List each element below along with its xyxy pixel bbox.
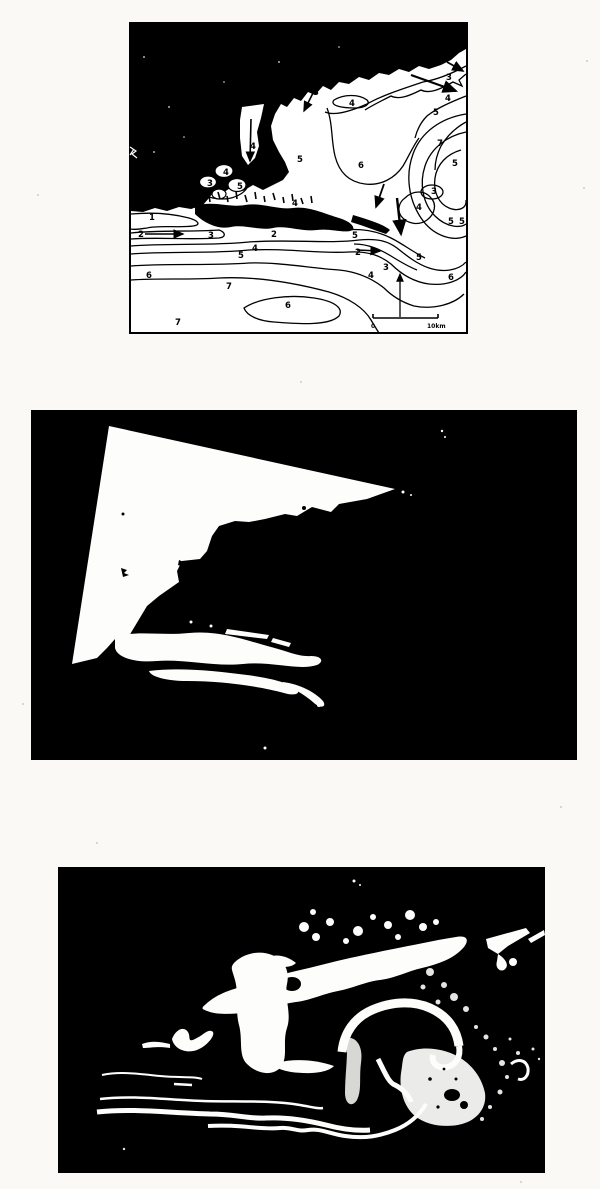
contour-number-label: 6 (146, 271, 152, 281)
contour-number-label: 4 (223, 168, 229, 178)
contour-number-label: 3 (207, 179, 213, 189)
contour-number-label: 3 (313, 88, 319, 98)
contour-number-label: 2 (355, 248, 361, 258)
contour-number-label: 4 (252, 244, 258, 254)
contour-number-label: 5 (237, 182, 243, 192)
contour-number-label: 6 (358, 161, 364, 171)
contour-number-label: 6 (285, 301, 291, 311)
scale-end-label: 10km (427, 323, 446, 330)
contour-number-label: 4 (416, 203, 422, 213)
satellite-swath-canvas (31, 410, 577, 760)
contour-number-label: 3 (383, 263, 389, 273)
contour-number-label: 5 (238, 251, 244, 261)
contour-number-label: 6 (448, 273, 454, 283)
contour-number-label: 2 (271, 230, 277, 240)
scan-speck (583, 187, 585, 189)
contour-number-label: 5 (452, 159, 458, 169)
contour-number-label: 7 (175, 318, 181, 328)
scan-speck (586, 60, 588, 62)
scale-start-label: 0 (371, 323, 375, 330)
scan-speck (37, 194, 39, 196)
contour-number-label: 5 (459, 217, 465, 227)
scan-speck (520, 1181, 522, 1183)
contour-number-label: 7 (437, 139, 443, 149)
contour-number-label: 3 (446, 73, 452, 83)
figure-contour-map: 0 10km 343457545643541232545253467667345… (129, 22, 468, 334)
contour-number-label: 5 (448, 217, 454, 227)
contour-number-label: 5 (297, 155, 303, 165)
contour-number-label: 5 (352, 231, 358, 241)
scan-speck (22, 703, 24, 705)
scan-speck (300, 381, 302, 383)
contour-number-label: 4 (292, 199, 298, 209)
contour-number-label: 4 (349, 99, 355, 109)
contour-number-label: 7 (226, 282, 232, 292)
image-background (58, 867, 545, 1173)
contour-number-label: 4 (368, 271, 374, 281)
satellite-eddy-canvas (58, 867, 545, 1173)
contour-number-label: 1 (149, 213, 155, 223)
contour-number-label: 4 (445, 94, 451, 104)
contour-number-label: 5 (416, 253, 422, 263)
contour-number-label: 4 (250, 142, 256, 152)
contour-number-label: 2 (138, 230, 144, 240)
contour-number-label: 3 (431, 187, 437, 197)
scan-speck (560, 806, 562, 808)
scan-speck (96, 842, 98, 844)
figure-satellite-swath (31, 410, 577, 760)
contour-number-label: 5 (433, 108, 439, 118)
scanned-paper-page: 0 10km 343457545643541232545253467667345… (0, 0, 600, 1189)
contour-number-label: 3 (208, 231, 214, 241)
figure-satellite-eddy (58, 867, 545, 1173)
contour-map-canvas: 0 10km 343457545643541232545253467667345… (129, 22, 468, 334)
